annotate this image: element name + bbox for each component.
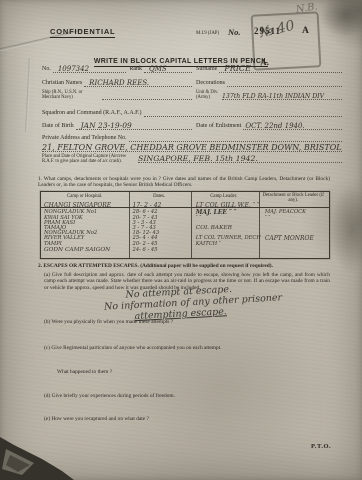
stain-bottom xyxy=(123,320,333,450)
field-row-surname: Surname PRICE xyxy=(196,63,342,73)
cell-detachment: MAJ. PEACOCK xyxy=(262,210,329,216)
no-field-line: 1097342 xyxy=(53,63,126,73)
decorations-label: Decorations xyxy=(196,80,225,87)
date-of-enlistment-line: OCT. 22nd 1940. xyxy=(243,120,342,130)
field-row-date-of-enlistment: Date of Enlistment OCT. 22nd 1940. xyxy=(196,120,342,130)
ship-label: Ship (R.N., U.S.N. or Merchant Navy) xyxy=(42,90,100,100)
field-row-no-rank: No. 1097342 Rank QMS xyxy=(42,63,192,73)
field-row-decorations: Decorations xyxy=(196,77,342,87)
section-2-heading: 2. ESCAPES OR ATTEMPTED ESCAPES. (Additi… xyxy=(38,263,330,269)
capture-value: SINGAPORE, FEB. 15th 1942. xyxy=(138,154,258,163)
private-address-answer-row: 21, FELTON GROVE, CHEDDAR GROVE BEDMINST… xyxy=(42,141,342,152)
no-field-value: 1097342 xyxy=(58,65,89,73)
unit-div-label: Unit & Div. (Army) xyxy=(196,90,220,100)
decorations-line xyxy=(227,77,342,87)
section-2b-text: (b) Were you physically fit when you mad… xyxy=(44,319,330,325)
field-row-ship: Ship (R.N., U.S.N. or Merchant Navy) xyxy=(42,90,192,100)
date-of-birth-value: JAN 23-19-09 xyxy=(81,121,132,130)
private-address-answer-line: 21, FELTON GROVE, CHEDDAR GROVE BEDMINST… xyxy=(42,141,342,152)
cell-leader: KAITCH ″ xyxy=(193,242,262,248)
rank-field-line: QMS xyxy=(144,63,192,73)
field-row-squadron: Squadron and Command (R.A.F., A.A.F.) xyxy=(42,107,342,117)
table-row: NONGPLADUK No1 28- 6 - 42 MAJ. LEE ″ ″ M… xyxy=(41,210,329,216)
field-row-unit-div: Unit & Div. (Army) 137th FLD RA-11th IND… xyxy=(196,90,342,100)
section-2e-text: (e) How were you recaptured and on what … xyxy=(44,416,330,422)
stain-top-right xyxy=(320,0,362,38)
rank-field-value: QMS xyxy=(149,65,167,73)
table-row: RIVER VALLEY 25- 4 - 44 LT COL TURNER, D… xyxy=(41,236,329,242)
no-field-label: No. xyxy=(42,66,51,73)
private-address-value: 21, FELTON GROVE, CHEDDAR GROVE BEDMINST… xyxy=(42,143,342,152)
cell-detachment: CAPT MONROE xyxy=(262,236,329,242)
table-body: CHANGI SINGAPORE 17- 2 - 42 LT COL GILL … xyxy=(41,208,329,257)
confidential-marking: CONFIDENTIAL xyxy=(50,27,115,38)
torn-corner xyxy=(0,425,80,480)
section-2c-text: (c) Give Regimental particulars of anyon… xyxy=(44,345,330,351)
rank-field-label: Rank xyxy=(129,66,142,73)
unit-div-line: 137th FLD RA-11th INDIAN DIV xyxy=(222,90,342,100)
pto-footer: P.T.O. xyxy=(311,443,331,450)
christian-names-label: Christian Names xyxy=(42,80,82,87)
ship-line xyxy=(102,90,192,100)
form-reference: M.I.9 (JAP) xyxy=(196,30,219,37)
cell-detachment xyxy=(262,242,329,248)
table-row: GODN CAMP SAIGON 24- 6 - 45 xyxy=(41,248,329,254)
date-of-birth-line: JAN 23-19-09 xyxy=(76,120,192,130)
what-happened-text: What happened to them ? xyxy=(57,369,327,375)
christian-names-value: RICHARD REES. xyxy=(89,79,149,87)
form-no-label: No. xyxy=(228,27,241,37)
cell-detachment xyxy=(262,248,329,254)
camps-table: Camp or Hospital. Dates. Camp Leader. De… xyxy=(40,191,330,259)
scanned-pow-liberation-form: { "header": { "confidential": "CONFIDENT… xyxy=(0,0,362,480)
squadron-label: Squadron and Command (R.A.F., A.A.F.) xyxy=(42,110,142,117)
stain-right-edge xyxy=(330,185,362,275)
surname-field-label: Surname xyxy=(196,66,217,73)
cell-leader xyxy=(193,248,262,254)
capture-label-block: Place and Date of Original Capture (Airc… xyxy=(42,154,134,164)
stamp-number: № 40 xyxy=(258,18,296,42)
cell-dates: 24- 6 - 45 xyxy=(130,248,193,254)
cell-dates: 17- 2 - 42 xyxy=(130,203,193,209)
cell-camp: CHANGI SINGAPORE xyxy=(41,203,130,209)
surname-field-line: PRICE xyxy=(219,63,342,73)
table-row: CHANGI SINGAPORE 17- 2 - 42 LT COL GILL … xyxy=(41,203,329,209)
question-1-text: 1. What camps, detachments or hospitals … xyxy=(38,176,330,189)
surname-field-value: PRICE xyxy=(224,64,251,73)
field-row-date-of-birth: Date of Birth JAN 23-19-09 xyxy=(42,120,192,130)
cell-leader: MAJ. LEE ″ ″ xyxy=(193,210,262,216)
capture-label: Place and Date of Original Capture (Airc… xyxy=(42,154,134,164)
section-2d-text: (d) Give briefly your experiences during… xyxy=(44,393,330,399)
date-of-enlistment-label: Date of Enlistment xyxy=(196,123,241,130)
date-of-birth-label: Date of Birth xyxy=(42,123,74,130)
cell-detachment xyxy=(262,203,329,209)
capture-line: SINGAPORE, FEB. 15th 1942. xyxy=(138,152,342,163)
field-row-christian-names: Christian Names RICHARD REES. xyxy=(42,77,192,87)
field-row-capture: SINGAPORE, FEB. 15th 1942. xyxy=(136,152,342,163)
squadron-line xyxy=(144,107,342,117)
unit-div-value: 137th FLD RA-11th INDIAN DIV xyxy=(222,93,324,100)
date-of-enlistment-value: OCT. 22nd 1940. xyxy=(245,122,304,130)
christian-names-line: RICHARD REES. xyxy=(84,77,192,87)
cell-camp: GODN CAMP SAIGON xyxy=(41,248,130,254)
cell-leader: LT COL GILL W.E. ″ ″ xyxy=(193,203,262,209)
